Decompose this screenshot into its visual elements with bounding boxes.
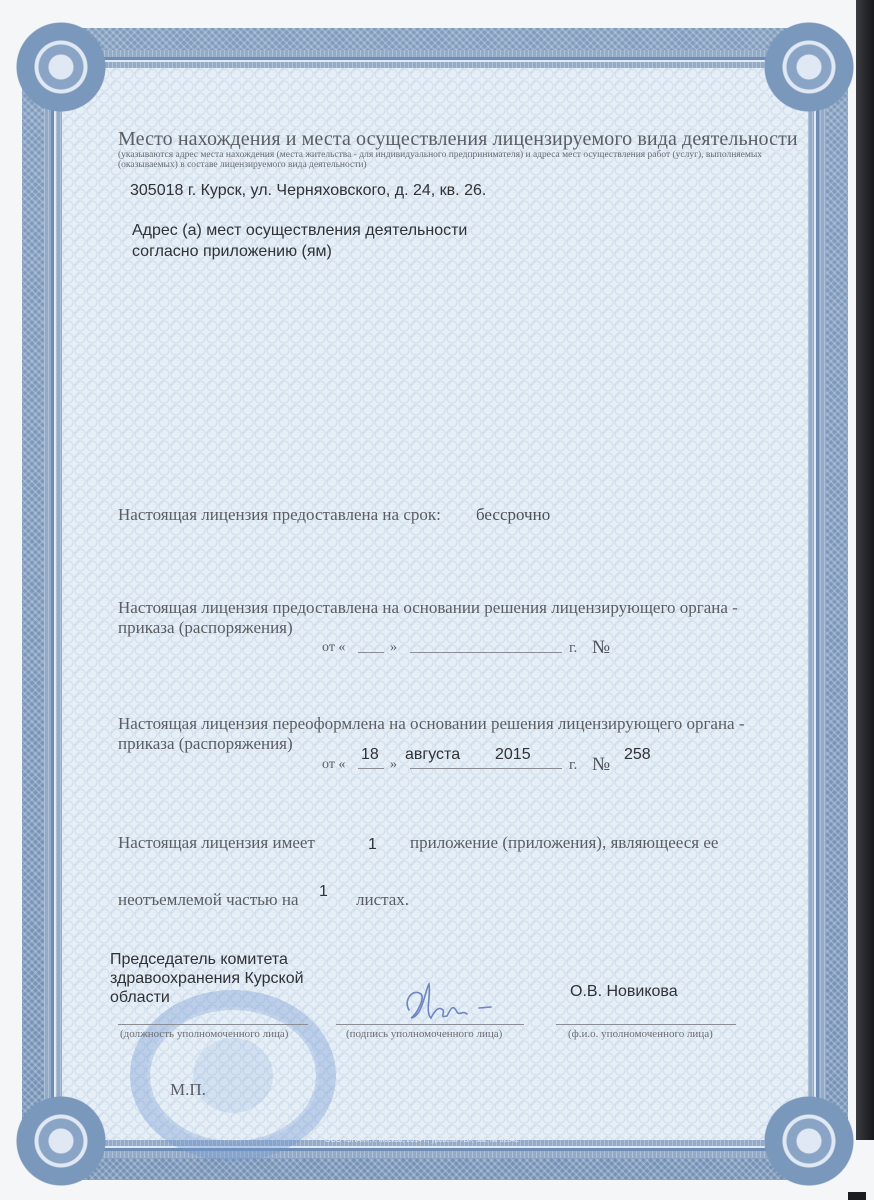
reissued-day: 18 <box>361 746 379 764</box>
activity-addresses-line2: согласно приложению (ям) <box>132 243 332 261</box>
position-line1: Председатель комитета <box>110 951 288 969</box>
position-underline <box>118 1024 308 1025</box>
reissued-line2: приказа (распоряжения) <box>118 734 293 754</box>
caption-signature: (подпись уполномоченного лица) <box>346 1028 502 1040</box>
reissued-close-quote: » <box>390 757 397 773</box>
reissued-number: 258 <box>624 746 651 764</box>
document-content: Место нахождения и места осуществления л… <box>0 0 874 1200</box>
granted-line1: Настоящая лицензия предоставлена на осно… <box>118 598 738 618</box>
caption-name: (ф.и.о. уполномоченного лица) <box>568 1028 713 1040</box>
location-heading: Место нахождения и места осуществления л… <box>118 128 798 151</box>
granted-from-label: от « <box>322 640 345 656</box>
activity-addresses-line1: Адрес (а) мест осуществления деятельност… <box>132 222 467 240</box>
printer-imprint: ООО «ЗНАК», г. Москва, 2014 г., уровень … <box>325 1137 519 1144</box>
appendix-count: 1 <box>368 836 377 854</box>
reissued-day-line <box>358 768 384 769</box>
granted-number-sign: № <box>592 637 610 659</box>
appendix-prefix: Настоящая лицензия имеет <box>118 833 315 853</box>
authorized-full-name: О.В. Новикова <box>570 983 678 1001</box>
granted-year-suffix: г. <box>569 640 577 657</box>
reissued-date-line <box>410 768 562 769</box>
position-line3: области <box>110 989 170 1007</box>
location-note-line2: (оказываемых) в составе лицензируемого в… <box>118 160 367 171</box>
appendix-line2-suffix: листах. <box>356 890 409 910</box>
granted-line2: приказа (распоряжения) <box>118 618 293 638</box>
granted-day-line <box>358 652 384 653</box>
reissued-number-sign: № <box>592 754 610 776</box>
reissued-from-label: от « <box>322 757 345 773</box>
seal-place-label: М.П. <box>170 1080 206 1100</box>
address-value: 305018 г. Курск, ул. Черняховского, д. 2… <box>130 182 486 200</box>
granted-close-quote: » <box>390 640 397 656</box>
appendix-middle: приложение (приложения), являющееся ее <box>410 833 718 853</box>
reissued-month: августа <box>405 746 460 764</box>
reissued-line1: Настоящая лицензия переоформлена на осно… <box>118 714 745 734</box>
caption-position: (должность уполномоченного лица) <box>120 1028 288 1040</box>
signature-underline <box>336 1024 524 1025</box>
reissued-year: 2015 <box>495 746 531 764</box>
sheet-count: 1 <box>319 883 328 901</box>
name-underline <box>556 1024 736 1025</box>
handwritten-signature-icon <box>395 980 505 1030</box>
position-line2: здравоохранения Курской <box>110 970 304 988</box>
coat-of-arms-icon <box>193 1038 273 1113</box>
term-label: Настоящая лицензия предоставлена на срок… <box>118 505 441 525</box>
appendix-line2-prefix: неотъемлемой частью на <box>118 890 299 910</box>
official-seal-stamp <box>130 990 336 1161</box>
reissued-year-suffix: г. <box>569 757 577 774</box>
granted-date-line <box>410 652 562 653</box>
term-value: бессрочно <box>476 505 550 525</box>
